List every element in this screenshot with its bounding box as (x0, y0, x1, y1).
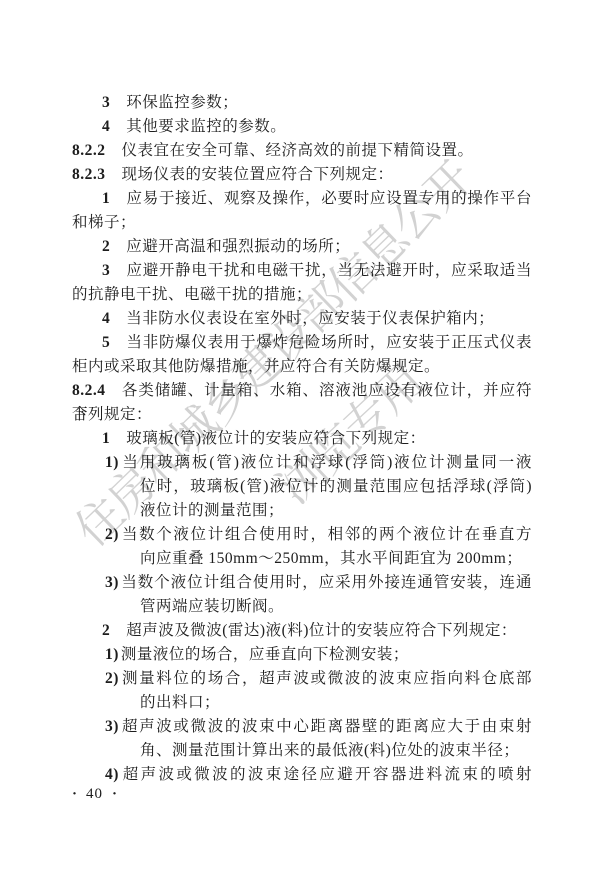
text-line: 1)当用玻璃板(管)液位计和浮球(浮筒)液位计测量同一液 (72, 451, 532, 475)
text-line: 和梯子； (72, 211, 532, 235)
text-line: 4当非防水仪表设在室外时，应安装于仪表保护箱内； (72, 307, 532, 331)
text-line: 下列规定： (72, 403, 532, 427)
line-text: 应避开高温和强烈振动的场所； (126, 238, 350, 255)
line-number: 3 (102, 262, 110, 279)
page-footer: ·40· (72, 785, 117, 803)
line-number: 2 (102, 238, 110, 255)
text-line: 8.2.3现场仪表的安装位置应符合下列规定： (72, 163, 532, 187)
line-text: 环保监控参数； (126, 94, 238, 111)
line-number: 2) (105, 526, 119, 543)
line-text: 管两端应装切断阀。 (140, 598, 284, 615)
line-text: 超声波及微波(雷达)液(料)位计的安装应符合下列规定： (126, 622, 517, 639)
text-line: 1应易于接近、观察及操作，必要时应设置专用的操作平台 (72, 187, 532, 211)
text-line: 8.2.4各类储罐、计量箱、水箱、溶液池应设有液位计，并应符合 (72, 379, 532, 403)
text-line: 1)测量液位的场合，应垂直向下检测安装； (72, 643, 532, 667)
line-text: 液位计的测量范围； (140, 502, 284, 519)
line-number: 5 (102, 334, 110, 351)
text-line: 2应避开高温和强烈振动的场所； (72, 235, 532, 259)
line-text: 其他要求监控的参数。 (126, 118, 286, 135)
document-page: 住房和城乡建设部信息公开 浏览专用 3环保监控参数；4其他要求监控的参数。8.2… (0, 0, 600, 870)
line-text: 当用玻璃板(管)液位计和浮球(浮筒)液位计测量同一液 (121, 454, 532, 471)
text-line: 4)超声波或微波的波束途径应避开容器进料流束的喷射 (72, 763, 532, 787)
line-text: 下列规定： (72, 406, 152, 423)
line-text: 当非防爆仪表用于爆炸危险场所时，应安装于正压式仪表 (126, 334, 532, 351)
line-text: 当数个液位计组合使用时，应采用外接连通管安装，连通 (121, 574, 532, 591)
text-line: 3)当数个液位计组合使用时，应采用外接连通管安装，连通 (72, 571, 532, 595)
text-line: 2超声波及微波(雷达)液(料)位计的安装应符合下列规定： (72, 619, 532, 643)
line-number: 8.2.2 (72, 142, 106, 159)
text-line: 液位计的测量范围； (72, 499, 532, 523)
footer-dot-left: · (72, 786, 77, 802)
line-number: 1) (105, 646, 119, 663)
line-number: 8.2.3 (72, 166, 106, 183)
footer-dot-right: · (112, 786, 117, 802)
text-line: 位时，玻璃板(管)液位计的测量范围应包括浮球(浮筒) (72, 475, 532, 499)
line-number: 3 (102, 94, 110, 111)
text-line: 3)超声波或微波的波束中心距离器壁的距离应大于由束射 (72, 715, 532, 739)
text-line: 2)当数个液位计组合使用时，相邻的两个液位计在垂直方 (72, 523, 532, 547)
line-text: 玻璃板(管)液位计的安装应符合下列规定： (126, 430, 425, 447)
page-number: 40 (86, 786, 103, 802)
text-line: 5当非防爆仪表用于爆炸危险场所时，应安装于正压式仪表 (72, 331, 532, 355)
line-number: 4 (102, 310, 110, 327)
document-body: 3环保监控参数；4其他要求监控的参数。8.2.2仪表宜在安全可靠、经济高效的前提… (72, 91, 532, 787)
line-text: 的出料口； (140, 694, 220, 711)
text-line: 的出料口； (72, 691, 532, 715)
line-text: 超声波或微波的波束中心距离器壁的距离应大于由束射 (121, 718, 532, 735)
line-text: 测量料位的场合，超声波或微波的波束应指向料仓底部 (121, 670, 532, 687)
text-line: 8.2.2仪表宜在安全可靠、经济高效的前提下精简设置。 (72, 139, 532, 163)
line-text: 当数个液位计组合使用时，相邻的两个液位计在垂直方 (121, 526, 532, 543)
text-line: 3环保监控参数； (72, 91, 532, 115)
line-text: 位时，玻璃板(管)液位计的测量范围应包括浮球(浮筒) (140, 478, 532, 495)
line-text: 应避开静电干扰和电磁干扰，当无法避开时，应采取适当 (126, 262, 532, 279)
text-line: 2)测量料位的场合，超声波或微波的波束应指向料仓底部 (72, 667, 532, 691)
line-text: 角、测量范围计算出来的最低液(料)位处的波束半径； (140, 742, 519, 759)
line-number: 4) (105, 766, 119, 783)
line-text: 测量液位的场合，应垂直向下检测安装； (121, 646, 409, 663)
line-number: 4 (102, 118, 110, 135)
line-number: 1) (105, 454, 119, 471)
text-line: 4其他要求监控的参数。 (72, 115, 532, 139)
line-number: 1 (102, 190, 110, 207)
line-text: 向应重叠 150mm～250mm，其水平间距宜为 200mm； (140, 550, 522, 567)
line-text: 超声波或微波的波束途径应避开容器进料流束的喷射 (121, 766, 532, 783)
text-line: 管两端应装切断阀。 (72, 595, 532, 619)
line-number: 8.2.4 (72, 382, 106, 399)
line-text: 仪表宜在安全可靠、经济高效的前提下精简设置。 (122, 142, 474, 159)
text-line: 向应重叠 150mm～250mm，其水平间距宜为 200mm； (72, 547, 532, 571)
line-number: 2 (102, 622, 110, 639)
text-line: 的抗静电干扰、电磁干扰的措施； (72, 283, 532, 307)
line-number: 3) (105, 574, 119, 591)
line-text: 应易于接近、观察及操作，必要时应设置专用的操作平台 (126, 190, 532, 207)
line-text: 柜内或采取其他防爆措施，并应符合有关防爆规定。 (72, 358, 440, 375)
text-line: 柜内或采取其他防爆措施，并应符合有关防爆规定。 (72, 355, 532, 379)
text-line: 3应避开静电干扰和电磁干扰，当无法避开时，应采取适当 (72, 259, 532, 283)
line-text: 和梯子； (72, 214, 136, 231)
line-number: 1 (102, 430, 110, 447)
text-line: 1玻璃板(管)液位计的安装应符合下列规定： (72, 427, 532, 451)
line-number: 2) (105, 670, 119, 687)
line-number: 3) (105, 718, 119, 735)
line-text: 的抗静电干扰、电磁干扰的措施； (72, 286, 312, 303)
line-text: 当非防水仪表设在室外时，应安装于仪表保护箱内； (126, 310, 494, 327)
line-text: 现场仪表的安装位置应符合下列规定： (122, 166, 394, 183)
text-line: 角、测量范围计算出来的最低液(料)位处的波束半径； (72, 739, 532, 763)
